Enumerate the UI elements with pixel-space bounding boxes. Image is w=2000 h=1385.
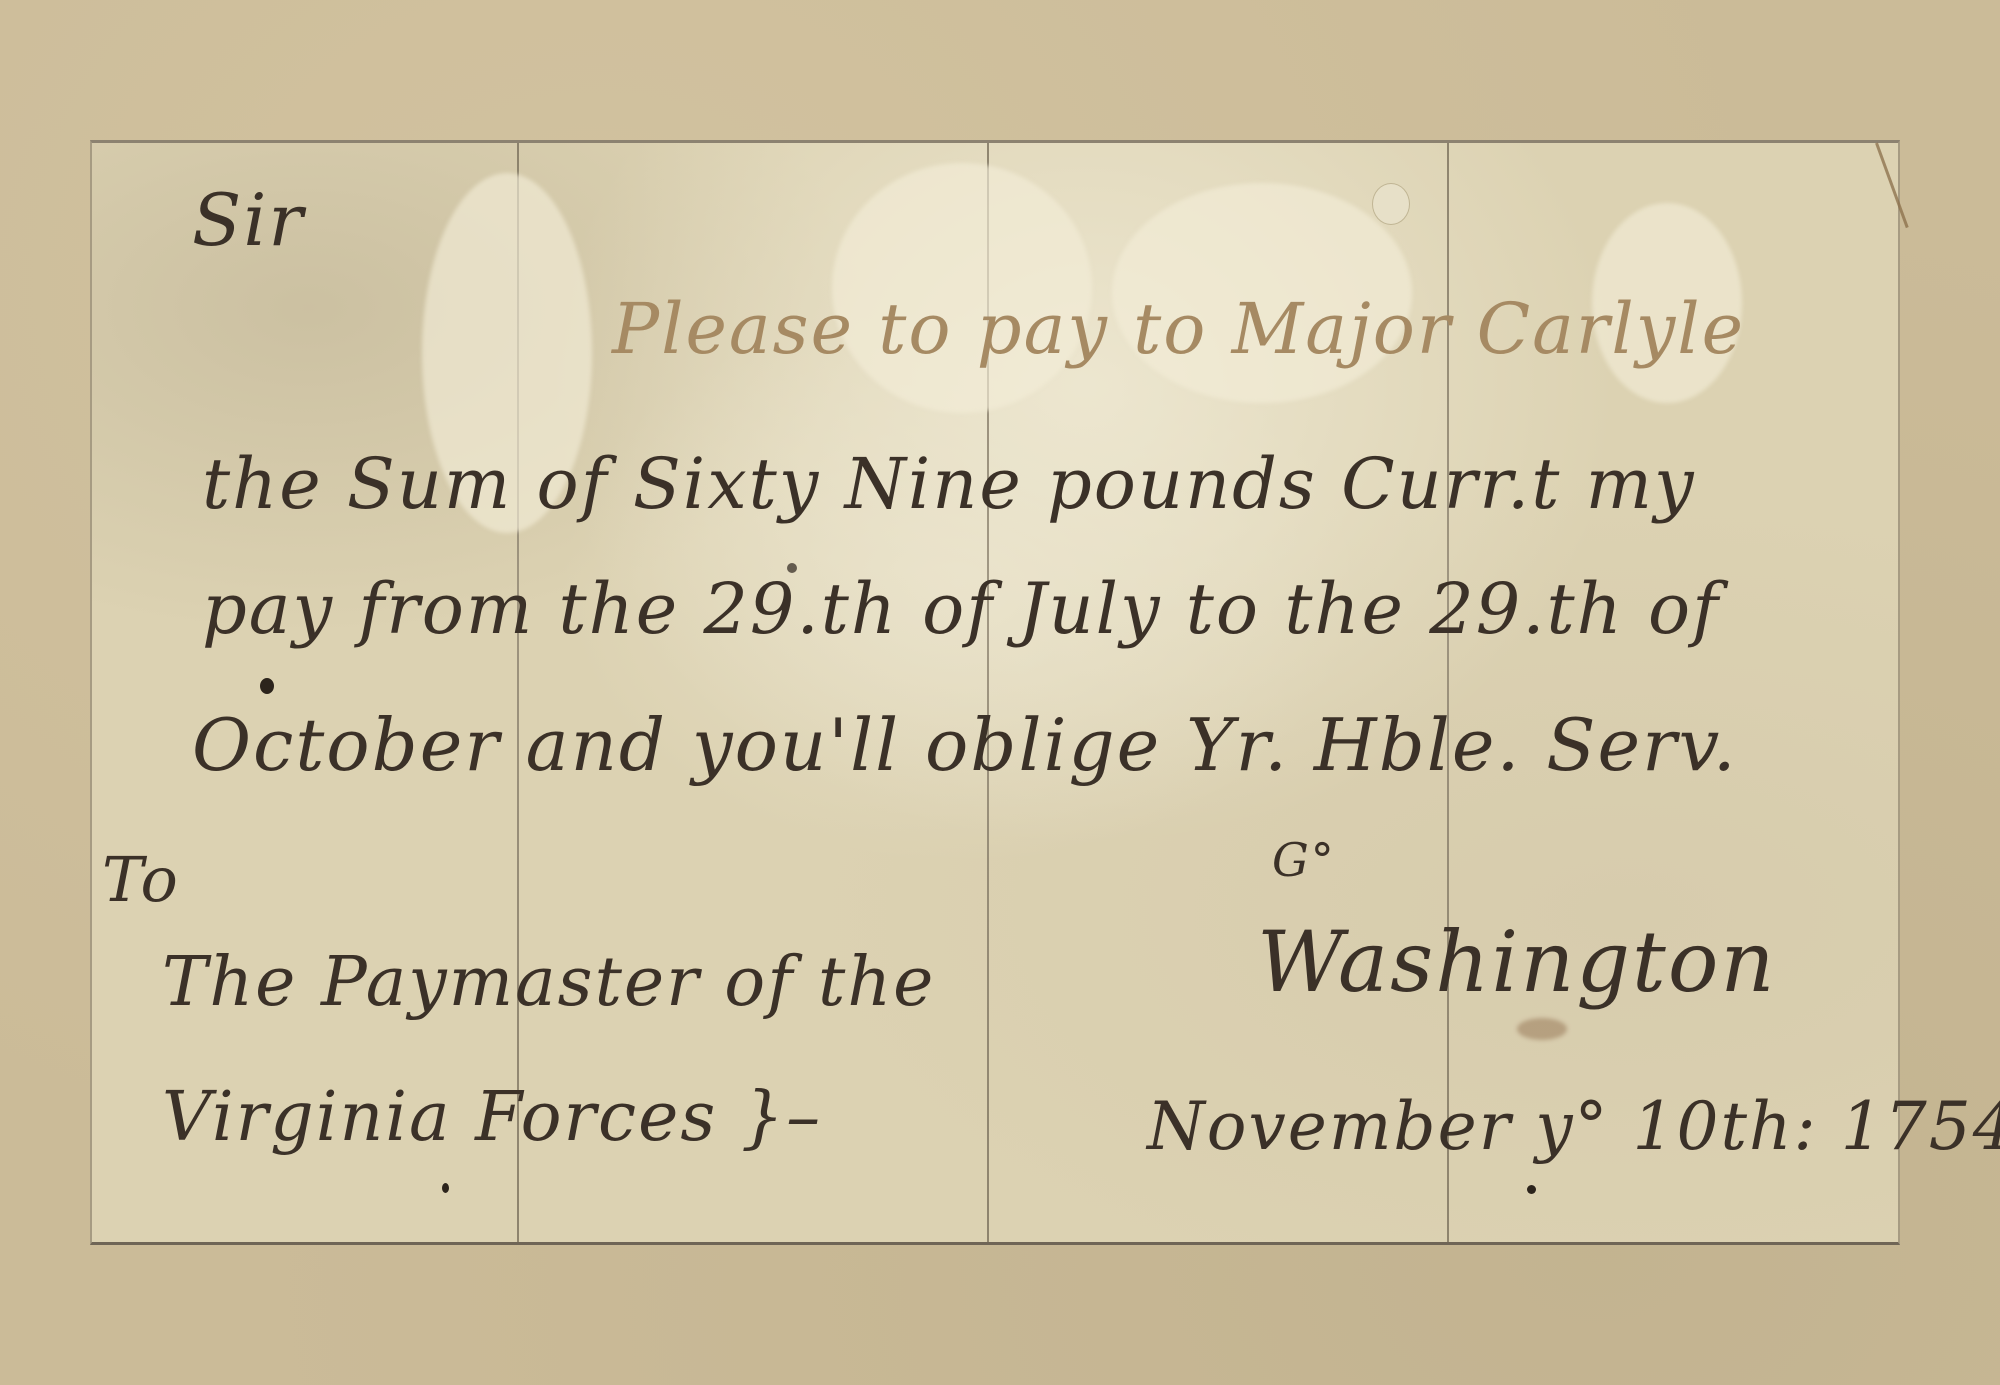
addressee-line-1: The Paymaster of the: [162, 943, 935, 1022]
body-line-3: pay from the 29.th of July to the 29.th …: [202, 568, 1720, 650]
smudge: [1517, 1018, 1567, 1040]
body-line-4: October and you'll oblige Yr. Hble. Serv…: [192, 703, 1738, 787]
body-line-2: the Sum of Sixty Nine pounds Curr.t my: [202, 443, 1696, 525]
letter-paper: Sir Please to pay to Major Carlyle the S…: [90, 140, 1900, 1245]
salutation: Sir: [192, 178, 305, 262]
addressee-prefix: To: [102, 843, 180, 916]
date: November y° 10th: 1754: [1147, 1088, 2000, 1165]
ink-blot: [442, 1183, 449, 1193]
ink-blot: [1527, 1185, 1536, 1194]
ink-blot: [787, 563, 797, 573]
ink-blot: [260, 678, 274, 694]
addressee-line-2: Virginia Forces }–: [162, 1078, 822, 1157]
paper-hole: [1372, 183, 1410, 225]
corner-crease: [1875, 142, 1909, 228]
body-line-1: Please to pay to Major Carlyle: [612, 288, 1745, 370]
signature: Washington: [1257, 913, 1777, 1011]
mat-board: Sir Please to pay to Major Carlyle the S…: [0, 0, 2000, 1385]
signature-initial: G°: [1272, 833, 1336, 887]
